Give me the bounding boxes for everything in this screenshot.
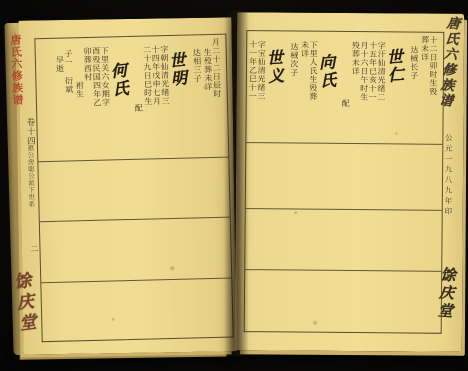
text-line: 生殁葬未详	[202, 48, 213, 155]
grid-row-3	[245, 208, 442, 271]
wife-name-he: 何氏	[108, 62, 133, 158]
entry-columns: 十二日卯时生殁 葬未详 达棫长子 世仁 字汗仙清光绪二 十五年已亥十一 月十六日…	[246, 31, 443, 144]
lineage-header: 达棫次子	[288, 42, 297, 140]
grid-row-3	[40, 217, 231, 283]
entry-continuation: 十二日卯时生殁 葬未详	[419, 36, 437, 142]
biography-column: 字宝仙清光绪三 十一年乙巳十一	[247, 40, 265, 140]
grid-row-2	[38, 157, 229, 222]
person-name-shiren: 世仁	[385, 48, 407, 142]
fore-edge-red-title: 唐氏六修族谱	[7, 34, 26, 107]
text-line: 十一年乙巳十一	[247, 40, 256, 140]
spouse-marker: 配	[340, 99, 349, 141]
grid-row-4	[41, 278, 232, 342]
volume-label: 卷十四	[24, 117, 36, 146]
lineage-header: 达棫长子	[408, 46, 417, 142]
page-number: 二	[29, 244, 40, 252]
grid-row-1: 月二十二日辰时 生殁葬未详 达相三子 世明 字朝仙清光绪三 十四年戊申七月 二十…	[35, 35, 228, 162]
genealogy-grid-left: 月二十二日辰时 生殁葬未详 达相三子 世明 字朝仙清光绪三 十四年戊申七月 二十…	[34, 34, 233, 343]
grid-row-4	[245, 269, 442, 333]
genealogy-book-photo: 唐氏六修族谱 馀庆堂 卷十四 惠公房聪公派下世系 二 月二十二日辰时 生殁葬未详…	[0, 0, 468, 371]
entry-columns: 月二十二日辰时 生殁葬未详 达相三子 世明 字朝仙清光绪三 十四年戊申七月 二十…	[35, 35, 228, 162]
text-line: 二十九日巳时生	[142, 45, 153, 156]
grid-row-2	[246, 142, 443, 210]
person-name-shiyi: 世义	[265, 49, 287, 141]
text-line: 十二日卯时生殁	[428, 36, 438, 142]
genealogy-grid-right: 十二日卯时生殁 葬未详 达棫长子 世仁 字汗仙清光绪二 十五年已亥十一 月十六日…	[244, 30, 445, 334]
person-name-shiming: 世明	[167, 51, 193, 156]
entry-continuation: 月二十二日辰时 生殁葬未详	[202, 38, 222, 155]
sons-column: 子一衍斌 早逝	[55, 49, 75, 158]
wife-biography-column: 下里关六女期字 酉殁民国四年乙 卯葬西村 祔生	[74, 46, 111, 158]
spouse-marker: 配	[134, 104, 144, 157]
lineage-header: 达相三子	[192, 48, 203, 155]
text-line: 祔生	[75, 81, 86, 158]
left-page: 卷十四 惠公房聪公派下世系 二 月二十二日辰时 生殁葬未详 达相三子 世明 字朝…	[18, 17, 236, 354]
son-name: 衍斌	[64, 77, 73, 94]
wife-biography-column: 下里人氏生殁葬 未详	[299, 41, 317, 141]
biography-column: 字汗仙清光绪二 十五年已亥十一 月十六日午时生 殁葬未详	[350, 41, 385, 141]
wife-name-xiang: 向氏	[317, 53, 338, 141]
son-note: 早逝	[55, 56, 66, 159]
sons-count: 子一	[64, 49, 73, 66]
section-label: 惠公房聪公派下世系	[26, 144, 36, 207]
right-page: 唐氏六修族谱 公元一九八九年印 馀庆堂 十二日卯时生殁 葬未详 达棫长子 世仁 …	[235, 12, 464, 352]
grid-row-1: 十二日卯时生殁 葬未详 达棫长子 世仁 字汗仙清光绪二 十五年已亥十一 月十六日…	[246, 31, 443, 144]
print-year-label: 公元一九八九年印	[443, 134, 455, 218]
